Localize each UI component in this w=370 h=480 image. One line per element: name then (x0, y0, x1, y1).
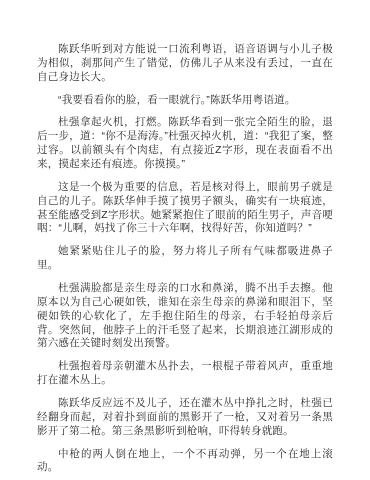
paragraph: 陈跃华听到对方能说一口流利粤语，语音语调与小儿子极为相似，刹那间产生了错觉，仿佛… (37, 43, 333, 85)
paragraph: “我要看看你的脸，看一眼就行。”陈跃华用粤语道。 (37, 94, 333, 108)
paragraph: 她紧紧贴住儿子的脸，努力将儿子所有气味都吸进鼻子里。 (37, 245, 333, 273)
paragraph: 陈跃华反应远不及儿子，还在灌木丛中挣扎之时，杜强已经翻身而起，对着扑到面前的黑影… (37, 397, 333, 439)
paragraph: 杜强拿起火机，打燃。陈跃华看到一张完全陌生的脸，退后一步，道：“你不是海涛。”杜… (37, 116, 333, 171)
paragraph: 杜强抱着母亲朝灌木丛扑去，一根棍子带着风声，重重地打在灌木丛上。 (37, 360, 333, 388)
paragraph: 中枪的两人倒在地上，一个不再动弹，另一个在地上滚动。 (37, 448, 333, 476)
document-page: 陈跃华听到对方能说一口流利粤语，语音语调与小儿子极为相似，刹那间产生了错觉，仿佛… (0, 0, 370, 480)
paragraph: 这是一个极为重要的信息，若是核对得上，眼前男子就是自己的儿子。陈跃华伸手摸了摸男… (37, 181, 333, 236)
paragraph: 杜强满脸都是亲生母亲的口水和鼻涕，腾不出手去擦。他原本以为自己心硬如铁，谁知在亲… (37, 282, 333, 351)
